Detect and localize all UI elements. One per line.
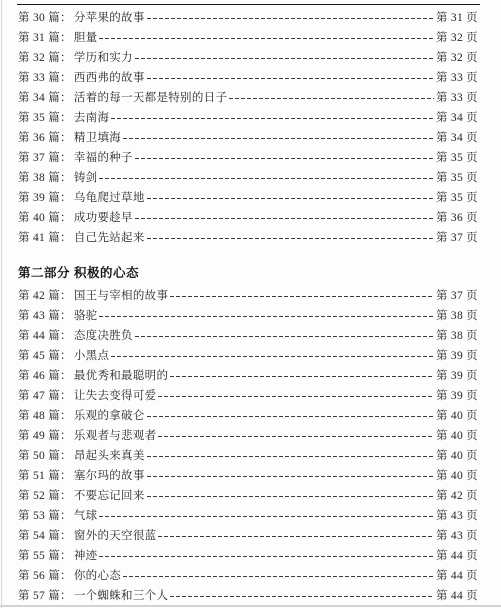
entry-title: 乌龟爬过草地 bbox=[74, 189, 145, 205]
entry-page: 第 43 页 bbox=[436, 527, 478, 543]
toc-entry[interactable]: 第 42 篇：国王与宰相的故事第 37 页 bbox=[18, 285, 478, 305]
toc-entry[interactable]: 第 34 篇：活着的每一天都是特别的日子第 33 页 bbox=[18, 87, 478, 107]
entry-number: 第 43 篇： bbox=[18, 307, 72, 323]
entry-number: 第 38 篇： bbox=[18, 169, 72, 185]
entry-page: 第 35 页 bbox=[436, 149, 478, 165]
dotted-leader bbox=[135, 336, 434, 337]
dotted-leader bbox=[111, 356, 434, 357]
dotted-leader bbox=[147, 476, 434, 477]
entry-number: 第 53 篇： bbox=[18, 507, 72, 523]
toc-entry[interactable]: 第 30 篇：分苹果的故事第 31 页 bbox=[18, 7, 478, 27]
entry-number: 第 40 篇： bbox=[18, 209, 72, 225]
entry-page: 第 34 页 bbox=[436, 109, 478, 125]
dotted-leader bbox=[170, 376, 434, 377]
entry-title: 国王与宰相的故事 bbox=[74, 287, 168, 303]
entry-title: 骆驼 bbox=[74, 307, 98, 323]
entry-page: 第 42 页 bbox=[436, 487, 478, 503]
entry-title: 态度决胜负 bbox=[74, 327, 133, 343]
toc-entry[interactable]: 第 32 篇：学历和实力第 32 页 bbox=[18, 47, 478, 67]
dotted-leader bbox=[147, 496, 434, 497]
entry-title: 气球 bbox=[74, 507, 98, 523]
toc-page: 第 30 篇：分苹果的故事第 31 页第 31 篇：胆量第 32 页第 32 篇… bbox=[0, 0, 501, 608]
dotted-leader bbox=[99, 38, 433, 39]
entry-page: 第 40 页 bbox=[436, 427, 478, 443]
entry-title: 小黑点 bbox=[74, 347, 109, 363]
toc-entry[interactable]: 第 47 篇：让失去变得可爱第 39 页 bbox=[18, 385, 478, 405]
entry-title: 铸剑 bbox=[74, 169, 98, 185]
toc-entry[interactable]: 第 51 篇：塞尔玛的故事第 40 页 bbox=[18, 465, 478, 485]
entry-number: 第 47 篇： bbox=[18, 387, 72, 403]
entry-page: 第 38 页 bbox=[436, 307, 478, 323]
entry-page: 第 37 页 bbox=[436, 287, 478, 303]
dotted-leader bbox=[135, 158, 434, 159]
toc-entry[interactable]: 第 35 篇：去南海第 34 页 bbox=[18, 107, 478, 127]
entry-number: 第 52 篇： bbox=[18, 487, 72, 503]
entry-number: 第 39 篇： bbox=[18, 189, 72, 205]
dotted-leader bbox=[170, 596, 434, 597]
entry-page: 第 44 页 bbox=[436, 587, 478, 603]
entry-number: 第 35 篇： bbox=[18, 109, 72, 125]
entry-number: 第 51 篇： bbox=[18, 467, 72, 483]
dotted-leader bbox=[135, 218, 434, 219]
dotted-leader bbox=[135, 58, 434, 59]
entry-number: 第 50 篇： bbox=[18, 447, 72, 463]
dotted-leader bbox=[147, 18, 434, 19]
entry-number: 第 34 篇： bbox=[18, 89, 72, 105]
entry-title: 成功要趁早 bbox=[74, 209, 133, 225]
dotted-leader bbox=[147, 198, 434, 199]
dotted-leader bbox=[99, 516, 433, 517]
toc-entry[interactable]: 第 40 篇：成功要趁早第 36 页 bbox=[18, 207, 478, 227]
toc-entry[interactable]: 第 39 篇：乌龟爬过草地第 35 页 bbox=[18, 187, 478, 207]
entry-page: 第 34 页 bbox=[436, 129, 478, 145]
header-rule bbox=[17, 4, 480, 5]
entry-title: 昂起头来真美 bbox=[74, 447, 145, 463]
entry-number: 第 54 篇： bbox=[18, 527, 72, 543]
dotted-leader bbox=[99, 316, 433, 317]
entry-title: 你的心态 bbox=[74, 567, 121, 583]
entry-page: 第 35 页 bbox=[436, 169, 478, 185]
entry-page: 第 43 页 bbox=[436, 507, 478, 523]
entry-page: 第 44 页 bbox=[436, 547, 478, 563]
entry-page: 第 40 页 bbox=[436, 467, 478, 483]
entry-page: 第 32 页 bbox=[436, 29, 478, 45]
dotted-leader bbox=[147, 238, 434, 239]
entry-number: 第 48 篇： bbox=[18, 407, 72, 423]
entry-number: 第 33 篇： bbox=[18, 69, 72, 85]
toc-entry[interactable]: 第 54 篇：窗外的天空很蓝第 43 页 bbox=[18, 525, 478, 545]
entry-title: 乐观的拿破仑 bbox=[74, 407, 145, 423]
entry-title: 一个蜘蛛和三个人 bbox=[74, 587, 168, 603]
entry-number: 第 37 篇： bbox=[18, 149, 72, 165]
dotted-leader bbox=[158, 436, 433, 437]
toc-entry[interactable]: 第 50 篇：昂起头来真美第 40 页 bbox=[18, 445, 478, 465]
entry-title: 窗外的天空很蓝 bbox=[74, 527, 157, 543]
entry-number: 第 44 篇： bbox=[18, 327, 72, 343]
entry-title: 精卫填海 bbox=[74, 129, 121, 145]
entry-page: 第 36 页 bbox=[436, 209, 478, 225]
entry-page: 第 38 页 bbox=[436, 327, 478, 343]
entry-page: 第 44 页 bbox=[436, 567, 478, 583]
entry-title: 去南海 bbox=[74, 109, 109, 125]
dotted-leader bbox=[123, 138, 434, 139]
entry-page: 第 31 页 bbox=[436, 9, 478, 25]
dotted-leader bbox=[170, 296, 434, 297]
dotted-leader bbox=[229, 98, 434, 99]
table-of-contents: 第 30 篇：分苹果的故事第 31 页第 31 篇：胆量第 32 页第 32 篇… bbox=[18, 7, 478, 605]
dotted-leader bbox=[147, 416, 434, 417]
dotted-leader bbox=[147, 78, 434, 79]
toc-entry[interactable]: 第 48 篇：乐观的拿破仑第 40 页 bbox=[18, 405, 478, 425]
entry-number: 第 36 篇： bbox=[18, 129, 72, 145]
section-heading: 第二部分 积极的心态 bbox=[18, 263, 478, 283]
entry-title: 学历和实力 bbox=[74, 49, 133, 65]
entry-page: 第 33 页 bbox=[436, 89, 478, 105]
dotted-leader bbox=[123, 576, 434, 577]
entry-title: 不要忘记回来 bbox=[74, 487, 145, 503]
entry-title: 幸福的种子 bbox=[74, 149, 133, 165]
dotted-leader bbox=[158, 396, 433, 397]
toc-entry[interactable]: 第 33 篇：西西弗的故事第 33 页 bbox=[18, 67, 478, 87]
entry-page: 第 37 页 bbox=[436, 229, 478, 245]
toc-entry[interactable]: 第 36 篇：精卫填海第 34 页 bbox=[18, 127, 478, 147]
entry-page: 第 40 页 bbox=[436, 407, 478, 423]
scan-edge-line bbox=[0, 605, 501, 607]
toc-entry[interactable]: 第 41 篇：自己先站起来第 37 页 bbox=[18, 227, 478, 247]
toc-entry[interactable]: 第 52 篇：不要忘记回来第 42 页 bbox=[18, 485, 478, 505]
entry-number: 第 30 篇： bbox=[18, 9, 72, 25]
entry-number: 第 41 篇： bbox=[18, 229, 72, 245]
entry-page: 第 33 页 bbox=[436, 69, 478, 85]
entry-number: 第 46 篇： bbox=[18, 367, 72, 383]
entry-page: 第 35 页 bbox=[436, 189, 478, 205]
toc-entry[interactable]: 第 43 篇：骆驼第 38 页 bbox=[18, 305, 478, 325]
entry-title: 活着的每一天都是特别的日子 bbox=[74, 89, 227, 105]
entry-number: 第 32 篇： bbox=[18, 49, 72, 65]
toc-entry[interactable]: 第 49 篇：乐观者与悲观者第 40 页 bbox=[18, 425, 478, 445]
dotted-leader bbox=[99, 556, 433, 557]
entry-number: 第 31 篇： bbox=[18, 29, 72, 45]
toc-entry[interactable]: 第 46 篇：最优秀和最聪明的第 39 页 bbox=[18, 365, 478, 385]
entry-number: 第 49 篇： bbox=[18, 427, 72, 443]
entry-page: 第 39 页 bbox=[436, 347, 478, 363]
toc-entry[interactable]: 第 44 篇：态度决胜负第 38 页 bbox=[18, 325, 478, 345]
toc-entry[interactable]: 第 37 篇：幸福的种子第 35 页 bbox=[18, 147, 478, 167]
toc-entry[interactable]: 第 31 篇：胆量第 32 页 bbox=[18, 27, 478, 47]
dotted-leader bbox=[158, 536, 433, 537]
entry-number: 第 56 篇： bbox=[18, 567, 72, 583]
entry-page: 第 40 页 bbox=[436, 447, 478, 463]
entry-title: 神迹 bbox=[74, 547, 98, 563]
entry-title: 塞尔玛的故事 bbox=[74, 467, 145, 483]
entry-number: 第 42 篇： bbox=[18, 287, 72, 303]
entry-title: 自己先站起来 bbox=[74, 229, 145, 245]
entry-title: 让失去变得可爱 bbox=[74, 387, 157, 403]
entry-number: 第 45 篇： bbox=[18, 347, 72, 363]
dotted-leader bbox=[111, 118, 434, 119]
toc-entry[interactable]: 第 57 篇：一个蜘蛛和三个人第 44 页 bbox=[18, 585, 478, 605]
entry-title: 分苹果的故事 bbox=[74, 9, 145, 25]
entry-number: 第 55 篇： bbox=[18, 547, 72, 563]
entry-page: 第 32 页 bbox=[436, 49, 478, 65]
toc-entry[interactable]: 第 45 篇：小黑点第 39 页 bbox=[18, 345, 478, 365]
toc-entry[interactable]: 第 38 篇：铸剑第 35 页 bbox=[18, 167, 478, 187]
entry-title: 西西弗的故事 bbox=[74, 69, 145, 85]
dotted-leader bbox=[99, 178, 433, 179]
toc-entry[interactable]: 第 55 篇：神迹第 44 页 bbox=[18, 545, 478, 565]
entry-title: 最优秀和最聪明的 bbox=[74, 367, 168, 383]
entry-title: 乐观者与悲观者 bbox=[74, 427, 157, 443]
entry-number: 第 57 篇： bbox=[18, 587, 72, 603]
entry-page: 第 39 页 bbox=[436, 367, 478, 383]
toc-entry[interactable]: 第 56 篇：你的心态第 44 页 bbox=[18, 565, 478, 585]
entry-title: 胆量 bbox=[74, 29, 98, 45]
entry-page: 第 39 页 bbox=[436, 387, 478, 403]
toc-entry[interactable]: 第 53 篇：气球第 43 页 bbox=[18, 505, 478, 525]
dotted-leader bbox=[147, 456, 434, 457]
